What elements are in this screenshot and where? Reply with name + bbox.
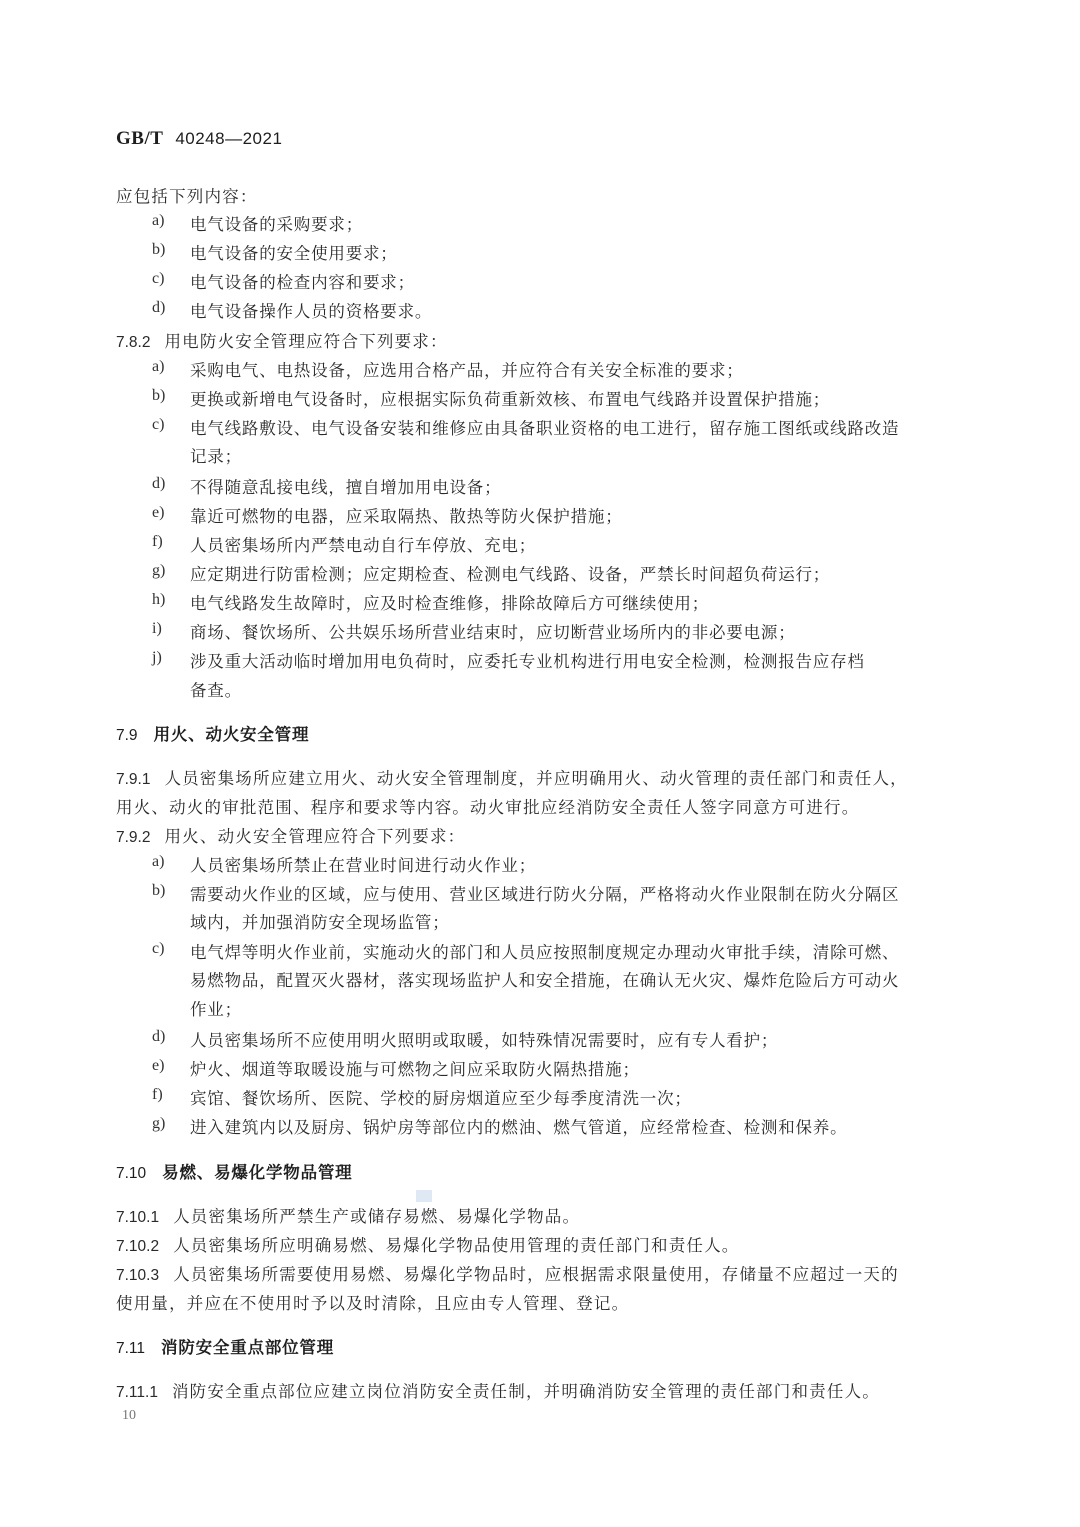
section-number: 7.10 xyxy=(116,1165,146,1182)
list-item: 人员密集场所内严禁电动自行车停放、充电； xyxy=(190,532,536,556)
clause-number: 7.11.1 xyxy=(116,1384,158,1401)
section-number: 7.11 xyxy=(116,1340,145,1357)
clause-7-10-3-continuation: 使用量，并应在不使用时予以及时清除，且应由专人管理、登记。 xyxy=(116,1290,629,1314)
clause-7-9-2: 7.9.2用火、动火安全管理应符合下列要求： xyxy=(116,823,465,847)
list-item: 需要动火作业的区域，应与使用、营业区域进行防火分隔，严格将动火作业限制在防火分隔… xyxy=(190,881,899,905)
list-item-label: a) xyxy=(152,358,164,376)
list-item: 电气线路发生故障时，应及时检查维修，排除故障后方可继续使用； xyxy=(190,590,709,614)
list-item: 电气设备的检查内容和要求； xyxy=(190,269,415,293)
list-item-label: e) xyxy=(152,1057,164,1075)
list-item: 电气设备的采购要求； xyxy=(190,211,363,235)
clause-7-9-1-continuation: 用火、动火的审批范围、程序和要求等内容。动火审批应经消防安全责任人签字同意方可进… xyxy=(116,794,859,818)
list-item-continuation: 备查。 xyxy=(190,677,242,701)
list-item-continuation: 作业； xyxy=(190,996,242,1020)
standard-number: 40248—2021 xyxy=(175,129,282,148)
list-item-label: c) xyxy=(152,270,164,288)
list-item-continuation: 域内，并加强消防安全现场监管； xyxy=(190,909,450,933)
clause-text: 人员密集场所应明确易燃、易爆化学物品使用管理的责任部门和责任人。 xyxy=(173,1236,739,1255)
list-item: 电气线路敷设、电气设备安装和维修应由具备职业资格的电工进行，留存施工图纸或线路改… xyxy=(190,415,899,439)
list-item-label: a) xyxy=(152,853,164,871)
list-item-label: f) xyxy=(152,1086,163,1104)
section-number: 7.9 xyxy=(116,727,138,744)
clause-text: 消防安全重点部位应建立岗位消防安全责任制，并明确消防安全管理的责任部门和责任人。 xyxy=(172,1382,880,1401)
section-title: 用火、动火安全管理 xyxy=(154,725,310,744)
list-item-label: d) xyxy=(152,1028,165,1046)
list-item-label: c) xyxy=(152,940,164,958)
list-item: 人员密集场所不应使用明火照明或取暖，如特殊情况需要时，应有专人看护； xyxy=(190,1027,778,1051)
clause-number: 7.10.2 xyxy=(116,1238,159,1255)
clause-text: 用火、动火安全管理应符合下列要求： xyxy=(164,827,465,846)
list-item: 炉火、烟道等取暖设施与可燃物之间应采取防火隔热措施； xyxy=(190,1056,640,1080)
list-item-label: d) xyxy=(152,299,165,317)
intro-line: 应包括下列内容： xyxy=(116,183,258,207)
list-item: 不得随意乱接电线，擅自增加用电设备； xyxy=(190,474,501,498)
list-item: 商场、餐饮场所、公共娱乐场所营业结束时，应切断营业场所内的非必要电源； xyxy=(190,619,796,643)
clause-7-8-2: 7.8.2用电防火安全管理应符合下列要求： xyxy=(116,328,448,352)
clause-7-10-3: 7.10.3人员密集场所需要使用易燃、易爆化学物品时，应根据需求限量使用，存储量… xyxy=(116,1261,899,1285)
list-item: 电气设备操作人员的资格要求。 xyxy=(190,298,432,322)
list-item: 更换或新增电气设备时，应根据实际负荷重新效核、布置电气线路并设置保护措施； xyxy=(190,386,830,410)
list-item: 人员密集场所禁止在营业时间进行动火作业； xyxy=(190,852,536,876)
section-title: 易燃、易爆化学物品管理 xyxy=(162,1163,352,1182)
list-item: 电气焊等明火作业前，实施动火的部门和人员应按照制度规定办理动火审批手续，清除可燃… xyxy=(190,939,899,963)
page-number: 10 xyxy=(122,1408,136,1424)
list-item: 靠近可燃物的电器，应采取隔热、散热等防火保护措施； xyxy=(190,503,623,527)
clause-number: 7.8.2 xyxy=(116,334,150,351)
list-item-label: j) xyxy=(152,649,162,667)
list-item-label: f) xyxy=(152,533,163,551)
list-item: 电气设备的安全使用要求； xyxy=(190,240,398,264)
list-item: 采购电气、电热设备，应选用合格产品，并应符合有关安全标准的要求； xyxy=(190,357,744,381)
list-item-label: a) xyxy=(152,212,164,230)
section-title: 消防安全重点部位管理 xyxy=(161,1338,334,1357)
list-item-label: c) xyxy=(152,416,164,434)
section-heading-7-11: 7.11消防安全重点部位管理 xyxy=(116,1334,334,1358)
clause-number: 7.9.2 xyxy=(116,829,150,846)
list-item-continuation: 易燃物品，配置灭火器材，落实现场监护人和安全措施，在确认无火灾、爆炸危险后方可动… xyxy=(190,967,899,991)
list-item-label: b) xyxy=(152,882,165,900)
list-item-label: d) xyxy=(152,475,165,493)
section-heading-7-9: 7.9用火、动火安全管理 xyxy=(116,721,309,745)
list-item: 进入建筑内以及厨房、锅炉房等部位内的燃油、燃气管道，应经常检查、检测和保养。 xyxy=(190,1114,847,1138)
list-item-continuation: 记录； xyxy=(190,443,242,467)
list-item-label: b) xyxy=(152,387,165,405)
document-page: GB/T 40248—2021 应包括下列内容： a) 电气设备的采购要求； b… xyxy=(0,0,1080,1527)
list-item-label: h) xyxy=(152,591,165,609)
clause-7-11-1: 7.11.1消防安全重点部位应建立岗位消防安全责任制，并明确消防安全管理的责任部… xyxy=(116,1378,880,1402)
clause-number: 7.10.3 xyxy=(116,1267,159,1284)
list-item: 涉及重大活动临时增加用电负荷时，应委托专业机构进行用电安全检测，检测报告应存档 xyxy=(190,648,865,672)
list-item-label: b) xyxy=(152,241,165,259)
list-item-label: e) xyxy=(152,504,164,522)
list-item-label: g) xyxy=(152,1115,165,1133)
clause-7-9-1: 7.9.1人员密集场所应建立用火、动火安全管理制度，并应明确用火、动火管理的责任… xyxy=(116,765,908,789)
clause-text: 用电防火安全管理应符合下列要求： xyxy=(164,332,447,351)
clause-number: 7.9.1 xyxy=(116,771,150,788)
clause-text: 人员密集场所需要使用易燃、易爆化学物品时，应根据需求限量使用，存储量不应超过一天… xyxy=(173,1265,899,1284)
list-item: 应定期进行防雷检测；应定期检查、检测电气线路、设备，严禁长时间超负荷运行； xyxy=(190,561,830,585)
clause-text: 人员密集场所应建立用火、动火安全管理制度，并应明确用火、动火管理的责任部门和责任… xyxy=(164,769,907,788)
section-heading-7-10: 7.10易燃、易爆化学物品管理 xyxy=(116,1159,352,1183)
list-item-label: g) xyxy=(152,562,165,580)
clause-7-10-2: 7.10.2人员密集场所应明确易燃、易爆化学物品使用管理的责任部门和责任人。 xyxy=(116,1232,740,1256)
watermark-mark xyxy=(416,1190,432,1202)
list-item-label: i) xyxy=(152,620,162,638)
list-item: 宾馆、餐饮场所、医院、学校的厨房烟道应至少每季度清洗一次； xyxy=(190,1085,692,1109)
clause-text: 人员密集场所严禁生产或储存易燃、易爆化学物品。 xyxy=(173,1207,580,1226)
standard-prefix: GB/T xyxy=(116,128,163,149)
standard-header: GB/T 40248—2021 xyxy=(116,128,282,150)
clause-number: 7.10.1 xyxy=(116,1209,159,1226)
clause-7-10-1: 7.10.1人员密集场所严禁生产或储存易燃、易爆化学物品。 xyxy=(116,1203,580,1227)
